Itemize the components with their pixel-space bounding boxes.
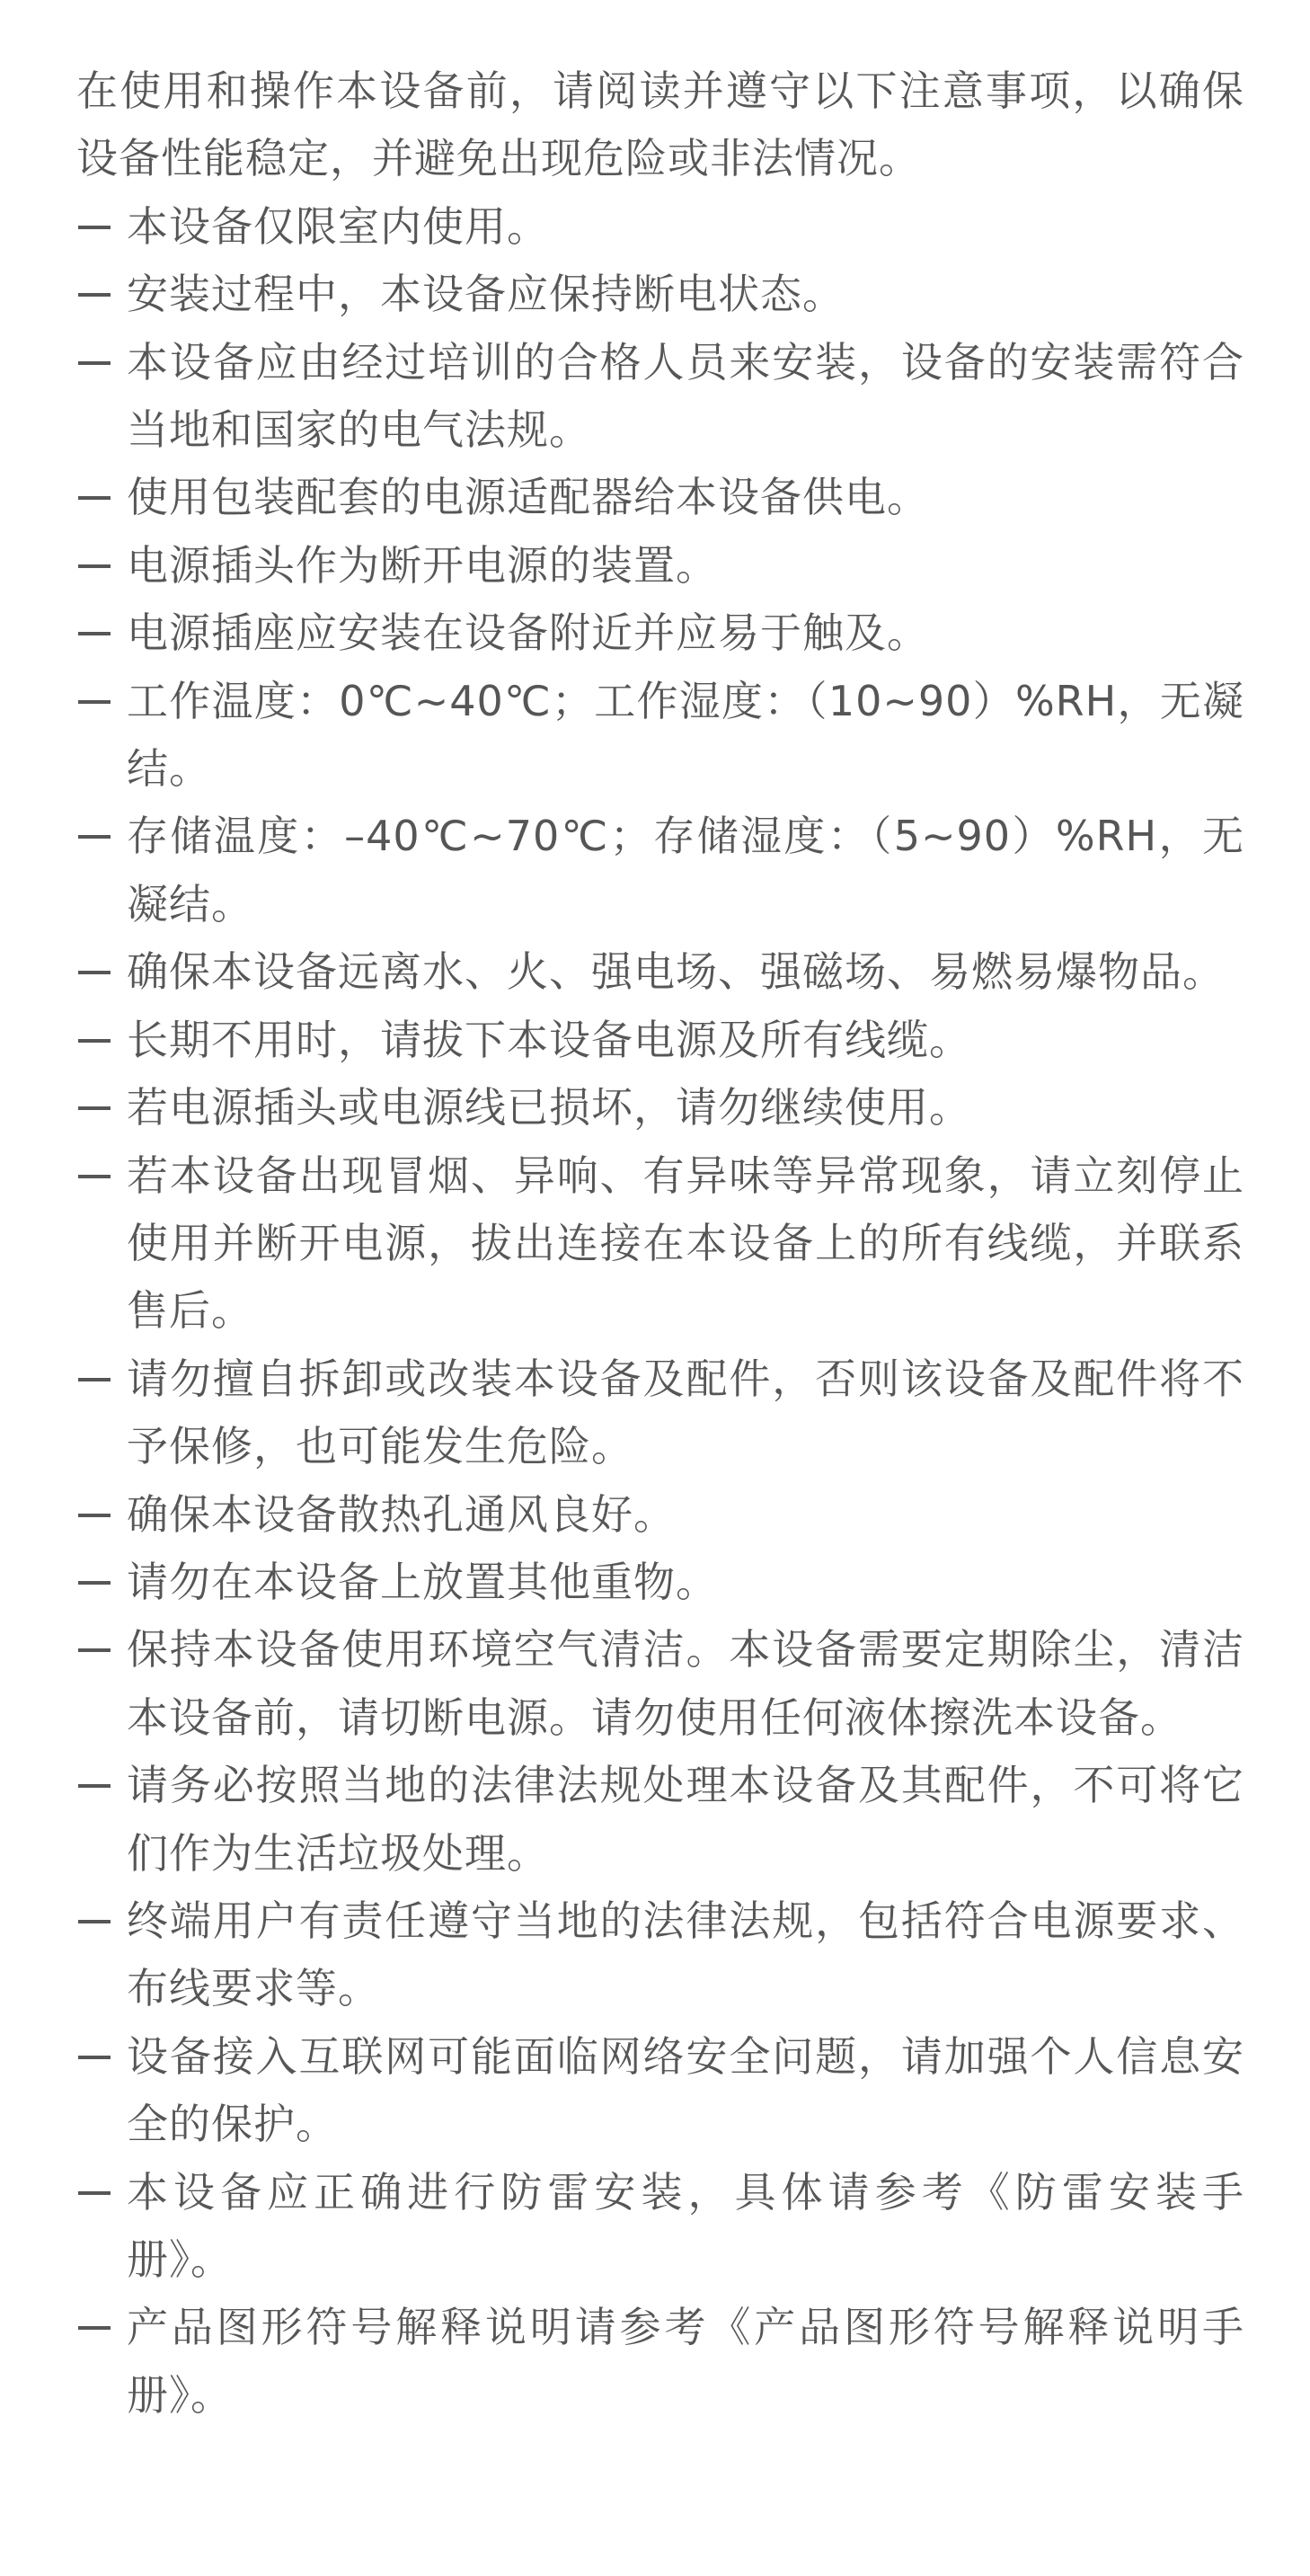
list-item: 请勿在本设备上放置其他重物。 — [76, 1549, 1244, 1616]
list-item: 长期不用时，请拔下本设备电源及所有线缆。 — [76, 1007, 1244, 1074]
list-item-text: 终端用户有责任遵守当地的法律法规，包括符合电源要求、布线要求等。 — [127, 1896, 1244, 2012]
list-item: 本设备仅限室内使用。 — [76, 193, 1244, 261]
list-item-text: 请勿擅自拆卸或改装本设备及配件，否则该设备及配件将不予保修，也可能发生危险。 — [127, 1355, 1244, 1470]
safety-notice-list: 本设备仅限室内使用。 安装过程中，本设备应保持断电状态。 本设备应由经过培训的合… — [76, 193, 1244, 2429]
list-item: 设备接入互联网可能面临网络安全问题，请加强个人信息安全的保护。 — [76, 2023, 1244, 2159]
list-item: 电源插头作为断开电源的装置。 — [76, 532, 1244, 600]
list-item-text: 请勿在本设备上放置其他重物。 — [127, 1558, 718, 1606]
list-item: 终端用户有责任遵守当地的法律法规，包括符合电源要求、布线要求等。 — [76, 1888, 1244, 2023]
list-item-text: 设备接入互联网可能面临网络安全问题，请加强个人信息安全的保护。 — [127, 2032, 1244, 2148]
list-item-text: 请务必按照当地的法律法规处理本设备及其配件，不可将它们作为生活垃圾处理。 — [127, 1761, 1244, 1877]
safety-notice-document: 在使用和操作本设备前，请阅读并遵守以下注意事项，以确保设备性能稳定，并避免出现危… — [76, 58, 1244, 2429]
intro-paragraph: 在使用和操作本设备前，请阅读并遵守以下注意事项，以确保设备性能稳定，并避免出现危… — [76, 58, 1244, 193]
list-item-text: 若本设备出现冒烟、异响、有异味等异常现象，请立刻停止使用并断开电源，拔出连接在本… — [127, 1151, 1244, 1336]
list-item-text: 产品图形符号解释说明请参考《产品图形符号解释说明手册》。 — [127, 2303, 1244, 2419]
list-item: 确保本设备远离水、火、强电场、强磁场、易燃易爆物品。 — [76, 938, 1244, 1006]
list-item-text: 确保本设备远离水、火、强电场、强磁场、易燃易爆物品。 — [127, 947, 1225, 996]
list-item: 若本设备出现冒烟、异响、有异味等异常现象，请立刻停止使用并断开电源，拔出连接在本… — [76, 1142, 1244, 1346]
list-item: 电源插座应安装在设备附近并应易于触及。 — [76, 600, 1244, 667]
list-item: 保持本设备使用环境空气清洁。本设备需要定期除尘，清洁本设备前，请切断电源。请勿使… — [76, 1616, 1244, 1752]
list-item: 确保本设备散热孔通风良好。 — [76, 1481, 1244, 1549]
list-item: 产品图形符号解释说明请参考《产品图形符号解释说明手册》。 — [76, 2294, 1244, 2429]
list-item-text: 安装过程中，本设备应保持断电状态。 — [127, 270, 845, 318]
list-item-text: 存储温度：–40℃~70℃；存储湿度：（5~90）%RH，无凝结。 — [127, 812, 1244, 928]
list-item: 安装过程中，本设备应保持断电状态。 — [76, 261, 1244, 328]
list-item: 使用包装配套的电源适配器给本设备供电。 — [76, 464, 1244, 531]
list-item: 若电源插头或电源线已损坏，请勿继续使用。 — [76, 1074, 1244, 1141]
list-item: 存储温度：–40℃~70℃；存储湿度：（5~90）%RH，无凝结。 — [76, 803, 1244, 938]
list-item-text: 保持本设备使用环境空气清洁。本设备需要定期除尘，清洁本设备前，请切断电源。请勿使… — [127, 1625, 1244, 1741]
list-item-text: 长期不用时，请拔下本设备电源及所有线缆。 — [127, 1016, 971, 1064]
list-item-text: 本设备仅限室内使用。 — [127, 202, 549, 251]
list-item: 请勿擅自拆卸或改装本设备及配件，否则该设备及配件将不予保修，也可能发生危险。 — [76, 1346, 1244, 1481]
list-item: 本设备应由经过培训的合格人员来安装，设备的安装需符合当地和国家的电气法规。 — [76, 329, 1244, 465]
list-item: 请务必按照当地的法律法规处理本设备及其配件，不可将它们作为生活垃圾处理。 — [76, 1752, 1244, 1888]
list-item-text: 本设备应正确进行防雷安装，具体请参考《防雷安装手册》。 — [127, 2168, 1244, 2284]
list-item: 本设备应正确进行防雷安装，具体请参考《防雷安装手册》。 — [76, 2159, 1244, 2295]
list-item: 工作温度：0℃~40℃；工作湿度：（10~90）%RH，无凝结。 — [76, 668, 1244, 804]
list-item-text: 确保本设备散热孔通风良好。 — [127, 1490, 676, 1539]
list-item-text: 使用包装配套的电源适配器给本设备供电。 — [127, 473, 929, 521]
list-item-text: 工作温度：0℃~40℃；工作湿度：（10~90）%RH，无凝结。 — [127, 677, 1244, 793]
list-item-text: 电源插头作为断开电源的装置。 — [127, 541, 718, 590]
list-item-text: 本设备应由经过培训的合格人员来安装，设备的安装需符合当地和国家的电气法规。 — [127, 338, 1244, 454]
list-item-text: 电源插座应安装在设备附近并应易于触及。 — [127, 608, 929, 657]
list-item-text: 若电源插头或电源线已损坏，请勿继续使用。 — [127, 1083, 971, 1132]
